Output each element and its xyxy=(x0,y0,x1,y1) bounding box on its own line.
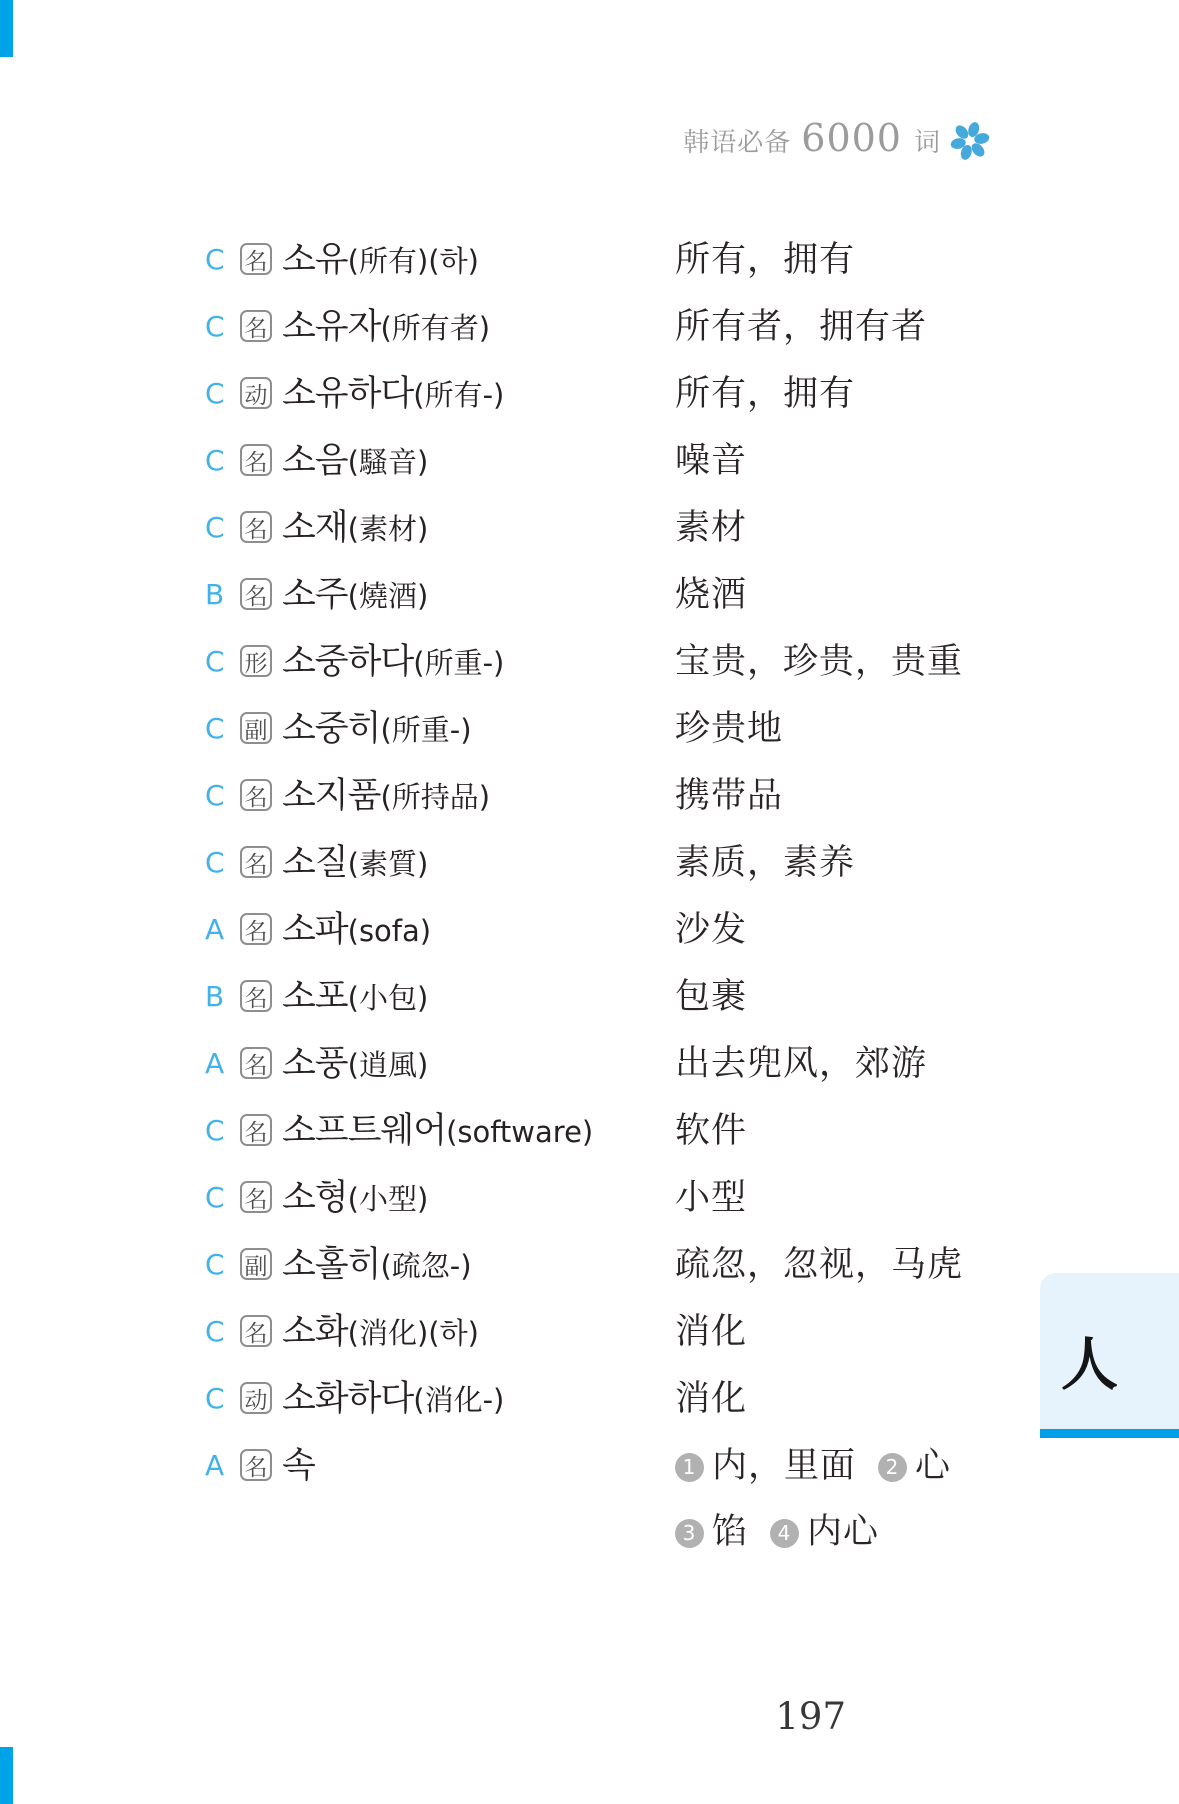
chinese-translation: 珍贵地 xyxy=(675,696,1105,762)
word-annotation: (所重-) xyxy=(380,713,471,747)
korean-word: 소유(所有)(하) xyxy=(282,227,675,294)
sense-number-circle: 1 xyxy=(675,1453,704,1482)
vocab-entry: C副소중히(所重-)珍贵地 xyxy=(205,696,1105,763)
pos-badge: 副 xyxy=(240,1248,272,1280)
korean-word: 소화하다(消化-) xyxy=(282,1366,675,1433)
flower-icon xyxy=(950,120,990,164)
word-annotation: (所有者) xyxy=(380,311,490,345)
chinese-translation: 1内，里面2心3馅4内心 xyxy=(675,1433,1105,1565)
pos-badge: 名 xyxy=(240,913,272,945)
vocab-entry: C名소유자(所有者)所有者，拥有者 xyxy=(205,294,1105,361)
sense-number-circle: 2 xyxy=(878,1453,907,1482)
vocab-entry: C动소화하다(消化-)消化 xyxy=(205,1366,1105,1433)
word-annotation: (燒酒) xyxy=(348,579,429,613)
vocab-entry: C名소재(素材)素材 xyxy=(205,495,1105,562)
sense: 1内，里面 xyxy=(675,1446,856,1486)
level-badge: C xyxy=(205,495,240,561)
chinese-translation: 小型 xyxy=(675,1165,1105,1231)
pos-badge: 名 xyxy=(240,1181,272,1213)
pos-badge: 副 xyxy=(240,712,272,744)
sense-line: 1内，里面2心 xyxy=(675,1433,1105,1499)
pos-badge: 名 xyxy=(240,444,272,476)
vocab-entry: C副소홀히(疏忽-)疏忽，忽视，马虎 xyxy=(205,1232,1105,1299)
vocab-entry: C名소화(消化)(하)消化 xyxy=(205,1299,1105,1366)
korean-word: 소프트웨어(software) xyxy=(282,1098,675,1165)
korean-word: 소중하다(所重-) xyxy=(282,629,675,696)
pos-badge: 动 xyxy=(240,1382,272,1414)
word-annotation: (sofa) xyxy=(348,914,431,948)
level-badge: A xyxy=(205,1433,240,1499)
vocab-entry: C动소유하다(所有-)所有，拥有 xyxy=(205,361,1105,428)
korean-word: 소음(騷音) xyxy=(282,428,675,495)
chinese-translation: 所有者，拥有者 xyxy=(675,294,1105,360)
word-annotation: (疏忽-) xyxy=(380,1249,471,1283)
chinese-translation: 素质，素养 xyxy=(675,830,1105,896)
chinese-translation: 出去兜风，郊游 xyxy=(675,1031,1105,1097)
level-badge: C xyxy=(205,1299,240,1365)
level-badge: C xyxy=(205,1232,240,1298)
book-title-number: 6000 xyxy=(801,116,902,160)
level-badge: C xyxy=(205,361,240,427)
chinese-translation: 烧酒 xyxy=(675,562,1105,628)
vocab-entry: A名속1内，里面2心3馅4内心 xyxy=(205,1433,1105,1565)
level-badge: B xyxy=(205,562,240,628)
korean-word: 소파(sofa) xyxy=(282,897,675,964)
pos-badge: 形 xyxy=(240,645,272,677)
korean-word: 소유자(所有者) xyxy=(282,294,675,361)
level-badge: B xyxy=(205,964,240,1030)
level-badge: C xyxy=(205,1366,240,1432)
korean-word: 소홀히(疏忽-) xyxy=(282,1232,675,1299)
chinese-translation: 素材 xyxy=(675,495,1105,561)
pos-badge: 名 xyxy=(240,511,272,543)
level-badge: C xyxy=(205,629,240,695)
korean-word: 소유하다(所有-) xyxy=(282,361,675,428)
korean-word: 소포(小包) xyxy=(282,964,675,1031)
side-index-tab: 人 xyxy=(1040,1273,1179,1438)
level-badge: A xyxy=(205,897,240,963)
pos-badge: 名 xyxy=(240,1114,272,1146)
vocab-entry: B名소포(小包)包裹 xyxy=(205,964,1105,1031)
page-edge-strip-top xyxy=(0,0,13,57)
vocab-entry: C名소지품(所持品)携带品 xyxy=(205,763,1105,830)
side-tab-label: 人 xyxy=(1020,1319,1159,1401)
vocab-entry: C形소중하다(所重-)宝贵，珍贵，贵重 xyxy=(205,629,1105,696)
pos-badge: 名 xyxy=(240,310,272,342)
pos-badge: 名 xyxy=(240,578,272,610)
vocab-entry: C名소음(騷音)噪音 xyxy=(205,428,1105,495)
korean-word: 소재(素材) xyxy=(282,495,675,562)
pos-badge: 名 xyxy=(240,980,272,1012)
chinese-translation: 所有，拥有 xyxy=(675,227,1105,293)
pos-badge: 动 xyxy=(240,377,272,409)
pos-badge: 名 xyxy=(240,1315,272,1347)
word-annotation: (素質) xyxy=(348,847,429,881)
vocab-entry: A名소풍(逍風)出去兜风，郊游 xyxy=(205,1031,1105,1098)
word-annotation: (素材) xyxy=(348,512,429,546)
chinese-translation: 软件 xyxy=(675,1098,1105,1164)
sense: 4内心 xyxy=(770,1512,879,1552)
korean-word: 소형(小型) xyxy=(282,1165,675,1232)
sense-number-circle: 4 xyxy=(770,1519,799,1548)
vocab-entry: B名소주(燒酒)烧酒 xyxy=(205,562,1105,629)
pos-badge: 名 xyxy=(240,846,272,878)
word-annotation: (消化)(하) xyxy=(348,1316,479,1350)
word-annotation: (所有)(하) xyxy=(348,244,479,278)
level-badge: C xyxy=(205,1165,240,1231)
pos-badge: 名 xyxy=(240,243,272,275)
chinese-translation: 噪音 xyxy=(675,428,1105,494)
book-title-prefix: 韩语必备 xyxy=(683,122,791,159)
korean-word: 소주(燒酒) xyxy=(282,562,675,629)
page-edge-strip-bottom xyxy=(0,1747,13,1804)
level-badge: C xyxy=(205,763,240,829)
word-annotation: (所有-) xyxy=(413,378,504,412)
chinese-translation: 携带品 xyxy=(675,763,1105,829)
word-annotation: (逍風) xyxy=(348,1048,429,1082)
page-header: 韩语必备 6000 词 xyxy=(683,116,990,160)
chinese-translation: 所有，拥有 xyxy=(675,361,1105,427)
level-badge: A xyxy=(205,1031,240,1097)
vocab-entry: A名소파(sofa)沙发 xyxy=(205,897,1105,964)
level-badge: C xyxy=(205,696,240,762)
book-title-suffix: 词 xyxy=(914,122,940,159)
word-annotation: (所重-) xyxy=(413,646,504,680)
word-annotation: (所持品) xyxy=(380,780,490,814)
page-number: 197 xyxy=(0,1695,846,1738)
vocab-entry: C名소유(所有)(하)所有，拥有 xyxy=(205,227,1105,294)
level-badge: C xyxy=(205,294,240,360)
chinese-translation: 宝贵，珍贵，贵重 xyxy=(675,629,1105,695)
level-badge: C xyxy=(205,830,240,896)
pos-badge: 名 xyxy=(240,1047,272,1079)
word-annotation: (消化-) xyxy=(413,1383,504,1417)
sense-number-circle: 3 xyxy=(675,1519,704,1548)
chinese-translation: 包裹 xyxy=(675,964,1105,1030)
sense: 2心 xyxy=(878,1446,951,1486)
word-annotation: (小型) xyxy=(348,1182,429,1216)
korean-word: 속 xyxy=(282,1433,675,1499)
side-tab-bar xyxy=(1040,1429,1179,1438)
word-annotation: (騷音) xyxy=(348,445,429,479)
pos-badge: 名 xyxy=(240,779,272,811)
level-badge: C xyxy=(205,227,240,293)
sense-line: 3馅4内心 xyxy=(675,1499,1105,1565)
vocab-entry: C名소프트웨어(software)软件 xyxy=(205,1098,1105,1165)
sense: 3馅 xyxy=(675,1512,748,1552)
pos-badge: 名 xyxy=(240,1449,272,1481)
korean-word: 소지품(所持品) xyxy=(282,763,675,830)
vocab-entry: C名소형(小型)小型 xyxy=(205,1165,1105,1232)
vocabulary-list: C名소유(所有)(하)所有，拥有C名소유자(所有者)所有者，拥有者C动소유하다(… xyxy=(205,227,1105,1565)
chinese-translation: 沙发 xyxy=(675,897,1105,963)
word-annotation: (小包) xyxy=(348,981,429,1015)
korean-word: 소화(消化)(하) xyxy=(282,1299,675,1366)
word-annotation: (software) xyxy=(446,1115,593,1149)
korean-word: 소풍(逍風) xyxy=(282,1031,675,1098)
level-badge: C xyxy=(205,1098,240,1164)
level-badge: C xyxy=(205,428,240,494)
vocab-entry: C名소질(素質)素质，素养 xyxy=(205,830,1105,897)
korean-word: 소질(素質) xyxy=(282,830,675,897)
korean-word: 소중히(所重-) xyxy=(282,696,675,763)
